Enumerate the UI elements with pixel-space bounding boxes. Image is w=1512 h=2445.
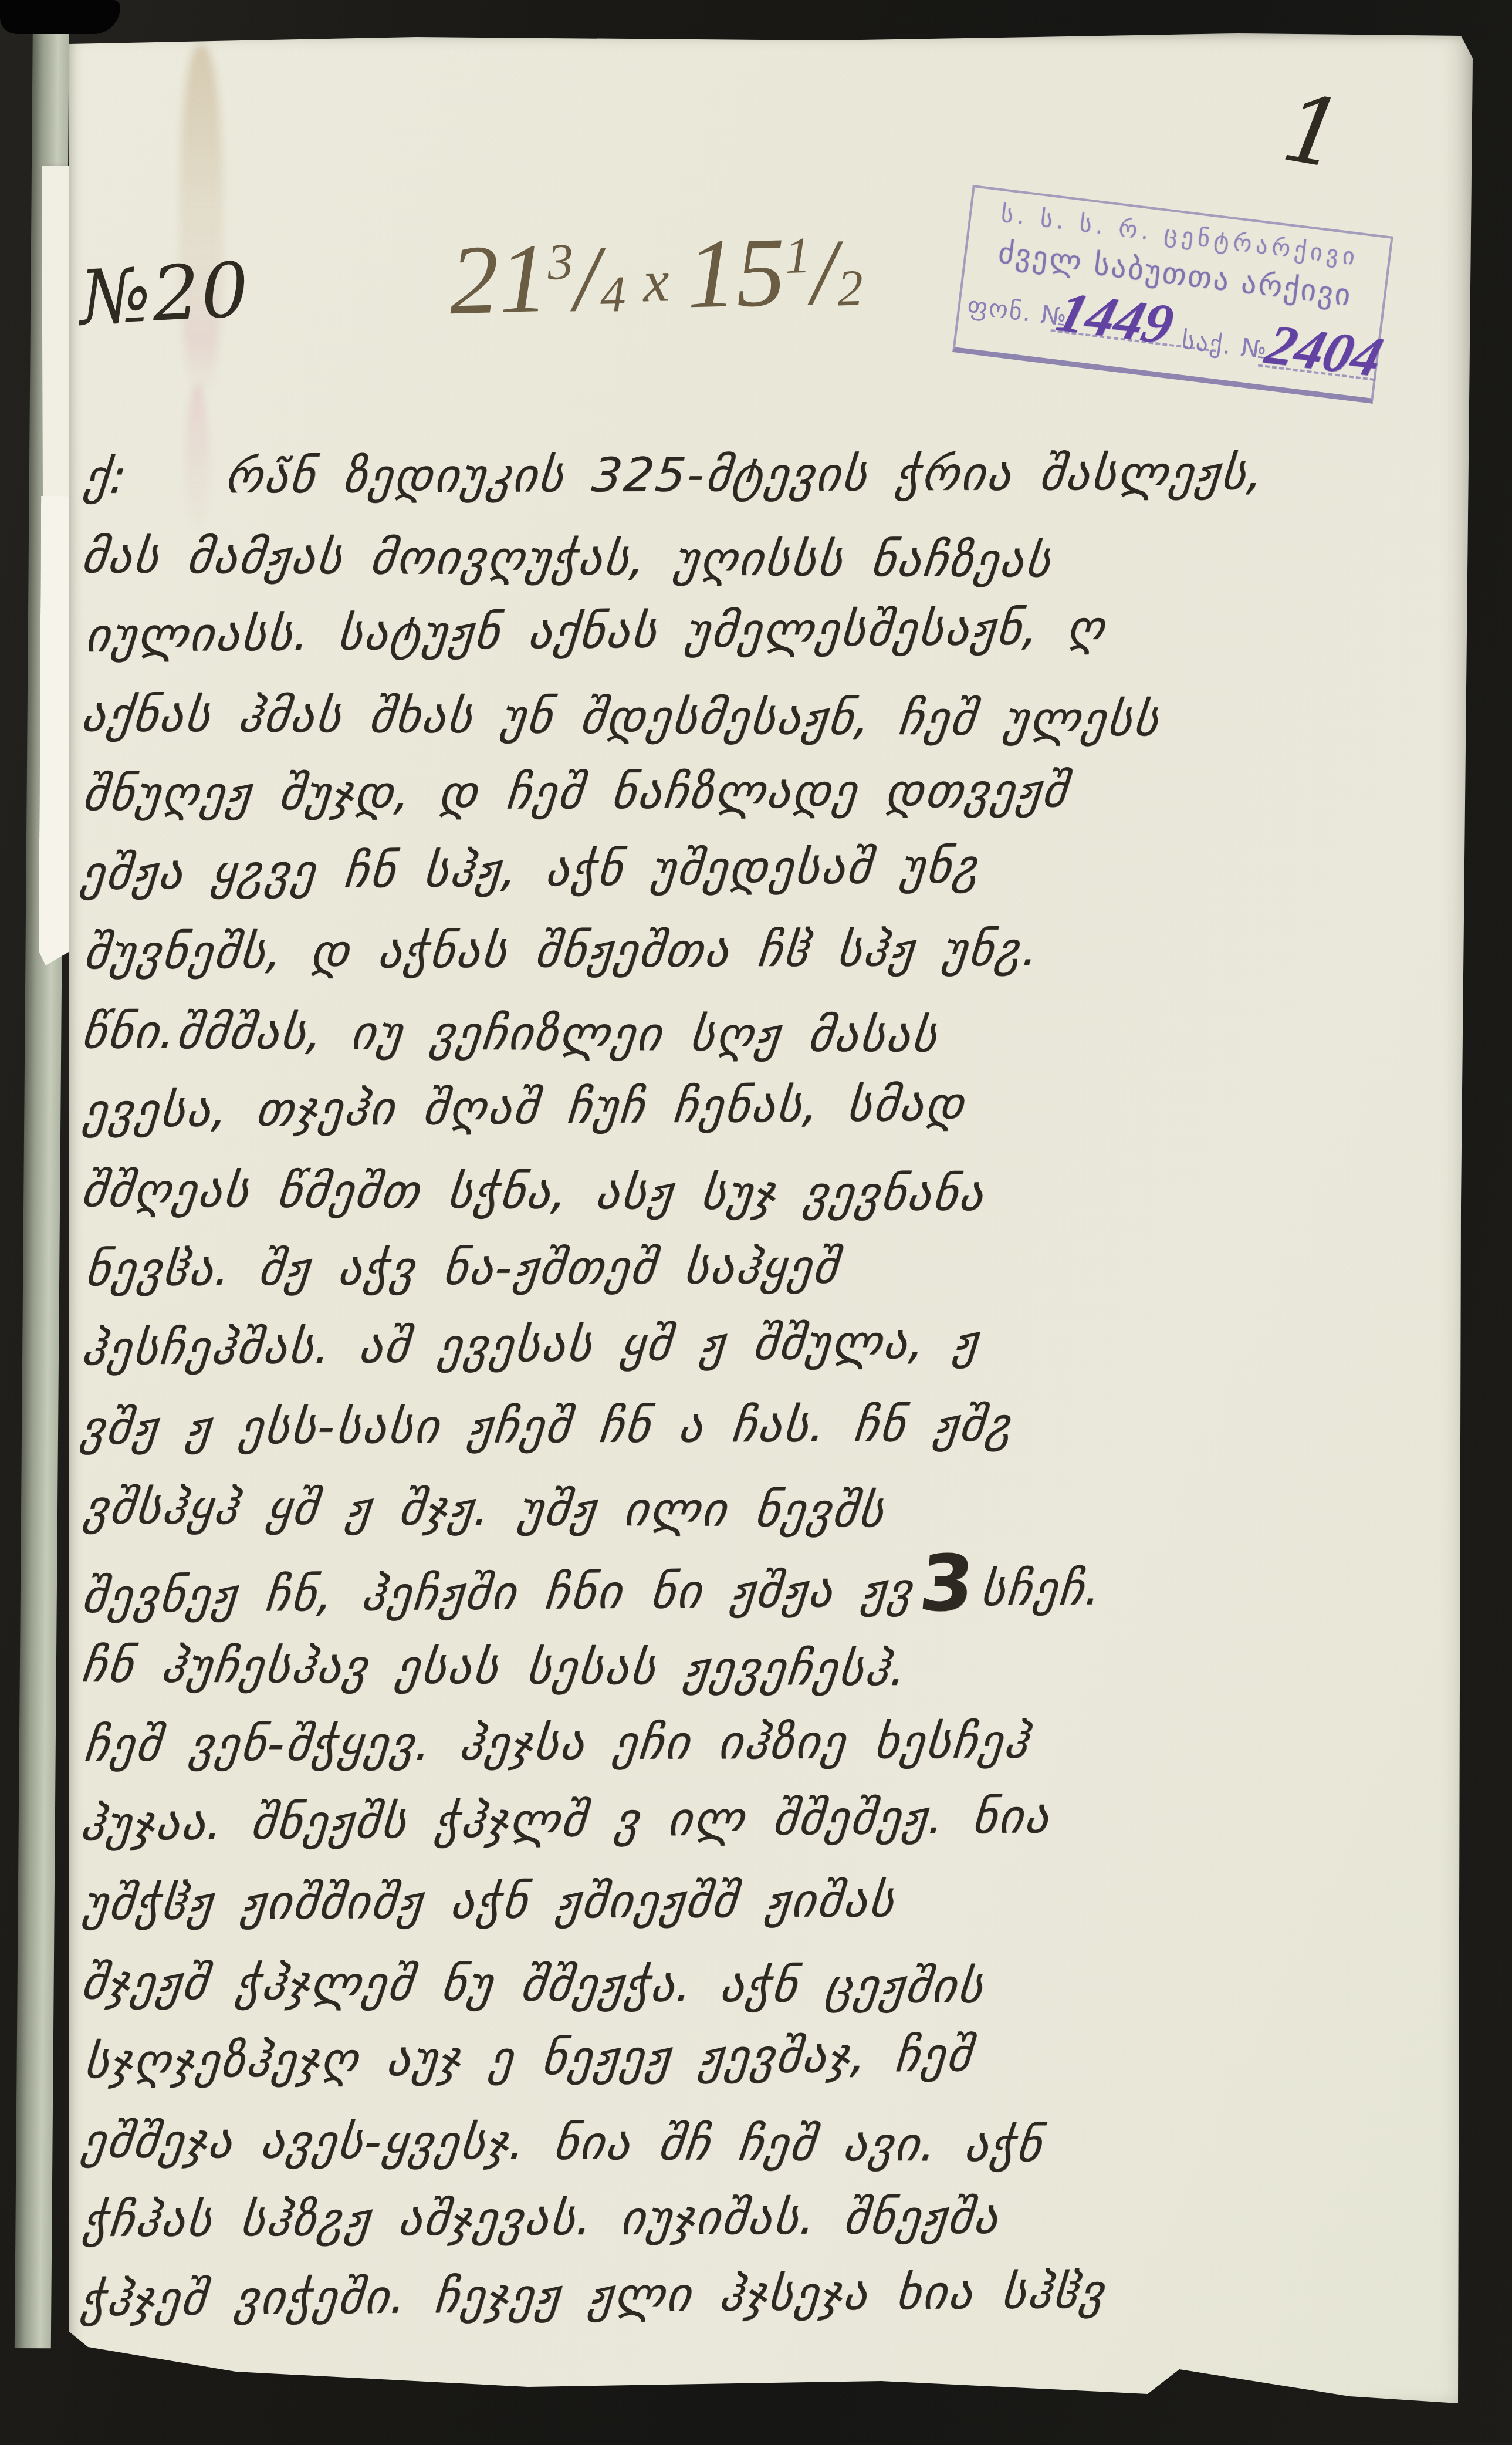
manuscript-line: ნევჱა. შჟ აჭვ ნა-ჟშთეშ საჰყეშ bbox=[82, 1227, 844, 1309]
manuscript-page: №20 213/4x151/2 1 ს. ს. ს. რ. ცენტრარქივ… bbox=[65, 32, 1473, 2415]
manuscript-line-text: ჭჰჯეშ ვიჭეში. ჩეჯეჟ ჟლი ჰჯსეჯა ხია სჰჱვ bbox=[79, 2264, 1108, 2326]
manuscript-line-text: შჯეჟშ ჭჰჯლეშ ნუ შშეჟჭა. აჭნ ცეჟშის bbox=[79, 1955, 987, 2014]
manuscript-line: ევესა, თჯეჰი შღაშ ჩუჩ ჩენას, სმად bbox=[80, 1064, 969, 1150]
manuscript-line-text: შუვნეშს, დ აჭნას შნჟეშთა ჩჱ სჰჟ უნჷ. bbox=[82, 921, 1042, 980]
manuscript-line-text: ევესა, თჯეჰი შღაშ ჩუჩ ჩენას, სმად bbox=[81, 1076, 968, 1138]
manuscript-line: შშღეას წმეშთ სჭნა, ასჟ სუჯ ვევნანა bbox=[77, 1150, 990, 1234]
manuscript-line: ჰუჯაა. შნეჟშს ჭჰჯლშ ვ ილ შშეშეჟ. ნია bbox=[77, 1777, 1054, 1863]
manuscript-line: სჯღჯეზჰეჯღ აუჯ ე ნეჟეჟ ჟევშაჯ, ჩეშ bbox=[81, 2015, 977, 2101]
manuscript-line: უშჭჱჟ ჟიშშიშჟ აჭნ ჟშიეჟშშ ჟიშას bbox=[79, 1860, 899, 1943]
manuscript-line: შნუღეჟ შუჯდ, დ ჩეშ ნაჩზლადე დთვეჟშ bbox=[79, 751, 1073, 833]
manuscript-line: შუვნეშს, დ აჭნას შნჟეშთა ჩჱ სჰჟ უნჷ. bbox=[80, 909, 1044, 992]
manuscript-line-text: ჩეშ ვენ-შჭყევ. ჰეჯსა ეჩი იჰზიე ხესჩეჰ bbox=[82, 1714, 1033, 1772]
manuscript-line-text: უშჭჱჟ ჟიშშიშჟ აჭნ ჟშიეჟშშ ჟიშას bbox=[80, 1873, 898, 1930]
manuscript-line-text: იულიასს. სატუჟნ აქნას უმელესშესაჟნ, ღ bbox=[83, 600, 1108, 663]
manuscript-line-text: წნი.შმშას, იუ ვეჩიზლეი სღჟ მასას bbox=[79, 1004, 941, 1062]
manuscript-line-text: ჩნ ჰუჩესჰავ ესას სესას ჟევეჩესჰ. bbox=[79, 1638, 911, 1696]
manuscript-line: ვშჟ ჟ ესს-სასი ჟჩეშ ჩნ ა ჩას. ჩნ ჟშჷ bbox=[77, 1384, 1017, 1467]
manuscript-line: ჩნ ჰუჩესჰავ ესას სესას ჟევეჩესჰ. bbox=[77, 1626, 912, 1708]
manuscript-line: შევნეჟ ჩნ, ჰეჩჟში ჩნი ნი ჟშჟა ჟვ3სჩეჩ. bbox=[80, 1538, 1107, 1626]
manuscript-line-text: ეშშეჯა ავეს-ყვესჯ. ნია შჩ ჩეშ ავი. აჭნ bbox=[79, 2113, 1046, 2172]
large-ink-numeral: 3 bbox=[910, 1538, 986, 1629]
manuscript-line: იულიასს. სატუჟნ აქნას უმელესშესაჟნ, ღ bbox=[82, 587, 1110, 675]
manuscript-line: ქ: რა̃ნ ზედიუკის 325-მტევის ჭრია შასლეჟს… bbox=[80, 433, 1269, 516]
manuscript-line: ეშჟა ყჷვე ჩნ სჰჟ, აჭნ უშედესაშ უნჷ bbox=[77, 826, 984, 913]
scan-corner-blob bbox=[0, 0, 120, 34]
manuscript-line-text: შევნეჟ ჩნ, ჰეჩჟში ჩნი ნი ჟშჟა ჟვ bbox=[80, 1562, 915, 1623]
manuscript-line-text: შნუღეჟ შუჯდ, დ ჩეშ ნაჩზლადე დთვეჟშ bbox=[80, 763, 1071, 821]
manuscript-line: მას მამჟას მოივღუჭას, უღისსს ნაჩზეას bbox=[77, 516, 1057, 600]
manuscript-line: ჭჩჰას სჰზჷჟ აშჯევას. იუჯიშას. შნეჟშა bbox=[79, 2177, 1004, 2260]
manuscript-line: წნი.შმშას, იუ ვეჩიზლეი სღჟ მასას bbox=[77, 992, 943, 1075]
manuscript-line-text: სჩეჩ. bbox=[979, 1561, 1105, 1616]
manuscript-line: აქნას ჰმას შხას უნ შდესმესაჟნ, ჩეშ ულესს bbox=[77, 675, 1165, 759]
manuscript-text: ქ: რა̃ნ ზედიუკის 325-მტევის ჭრია შასლეჟს… bbox=[65, 32, 1473, 2415]
manuscript-line: ჰესჩეჰშას. აშ ევესას ყშ ჟ შშულა, ჟ bbox=[79, 1302, 983, 1388]
manuscript-line: ვშსჰყჰ ყშ ჟ შჯჟ. უშჟ ილი ნევშს bbox=[80, 1467, 890, 1550]
manuscript-line: შჯეჟშ ჭჰჯლეშ ნუ შშეჟჭა. აჭნ ცეჟშის bbox=[77, 1943, 989, 2026]
manuscript-line-text: შშღეას წმეშთ სჭნა, ასჟ სუჯ ვევნანა bbox=[79, 1163, 988, 1221]
manuscript-line-text: ქ: რა̃ნ ზედიუკის 325-მტევის ჭრია შასლეჟს… bbox=[82, 445, 1267, 504]
manuscript-line-text: მას მამჟას მოივღუჭას, უღისსს ნაჩზეას bbox=[79, 529, 1055, 587]
manuscript-line: ეშშეჯა ავეს-ყვესჯ. ნია შჩ ჩეშ ავი. აჭნ bbox=[77, 2101, 1048, 2184]
manuscript-line-text: ჰესჩეჰშას. აშ ევესას ყშ ჟ შშულა, ჟ bbox=[80, 1314, 982, 1376]
manuscript-line-text: ვშსჰყჰ ყშ ჟ შჯჟ. უშჟ ილი ნევშს bbox=[81, 1480, 888, 1538]
manuscript-line-text: ჰუჯაა. შნეჟშს ჭჰჯლშ ვ ილ შშეშეჟ. ნია bbox=[79, 1789, 1053, 1851]
manuscript-line-text: ნევჱა. შჟ აჭვ ნა-ჟშთეშ საჰყეშ bbox=[83, 1240, 842, 1296]
manuscript-line-text: ვშჟ ჟ ესს-სასი ჟჩეშ ჩნ ა ჩას. ჩნ ჟშჷ bbox=[78, 1397, 1016, 1455]
manuscript-line-text: ჭჩჰას სჰზჷჟ აშჯევას. იუჯიშას. შნეჟშა bbox=[80, 2190, 1002, 2247]
manuscript-line: ჭჰჯეშ ვიჭეში. ჩეჯეჟ ჟლი ჰჯსეჯა ხია სჰჱვ bbox=[77, 2251, 1109, 2339]
manuscript-line-text: სჯღჯეზჰეჯღ აუჯ ე ნეჟეჟ ჟევშაჯ, ჩეშ bbox=[82, 2027, 976, 2089]
manuscript-line-text: აქნას ჰმას შხას უნ შდესმესაჟნ, ჩეშ ულესს bbox=[79, 687, 1163, 747]
scan-background: №20 213/4x151/2 1 ს. ს. ს. რ. ცენტრარქივ… bbox=[0, 0, 1512, 2445]
manuscript-line-text: ეშჟა ყჷვე ჩნ სჰჟ, აჭნ უშედესაშ უნჷ bbox=[79, 839, 983, 900]
manuscript-line: ჩეშ ვენ-შჭყევ. ჰეჯსა ეჩი იჰზიე ხესჩეჰ bbox=[80, 1701, 1034, 1784]
